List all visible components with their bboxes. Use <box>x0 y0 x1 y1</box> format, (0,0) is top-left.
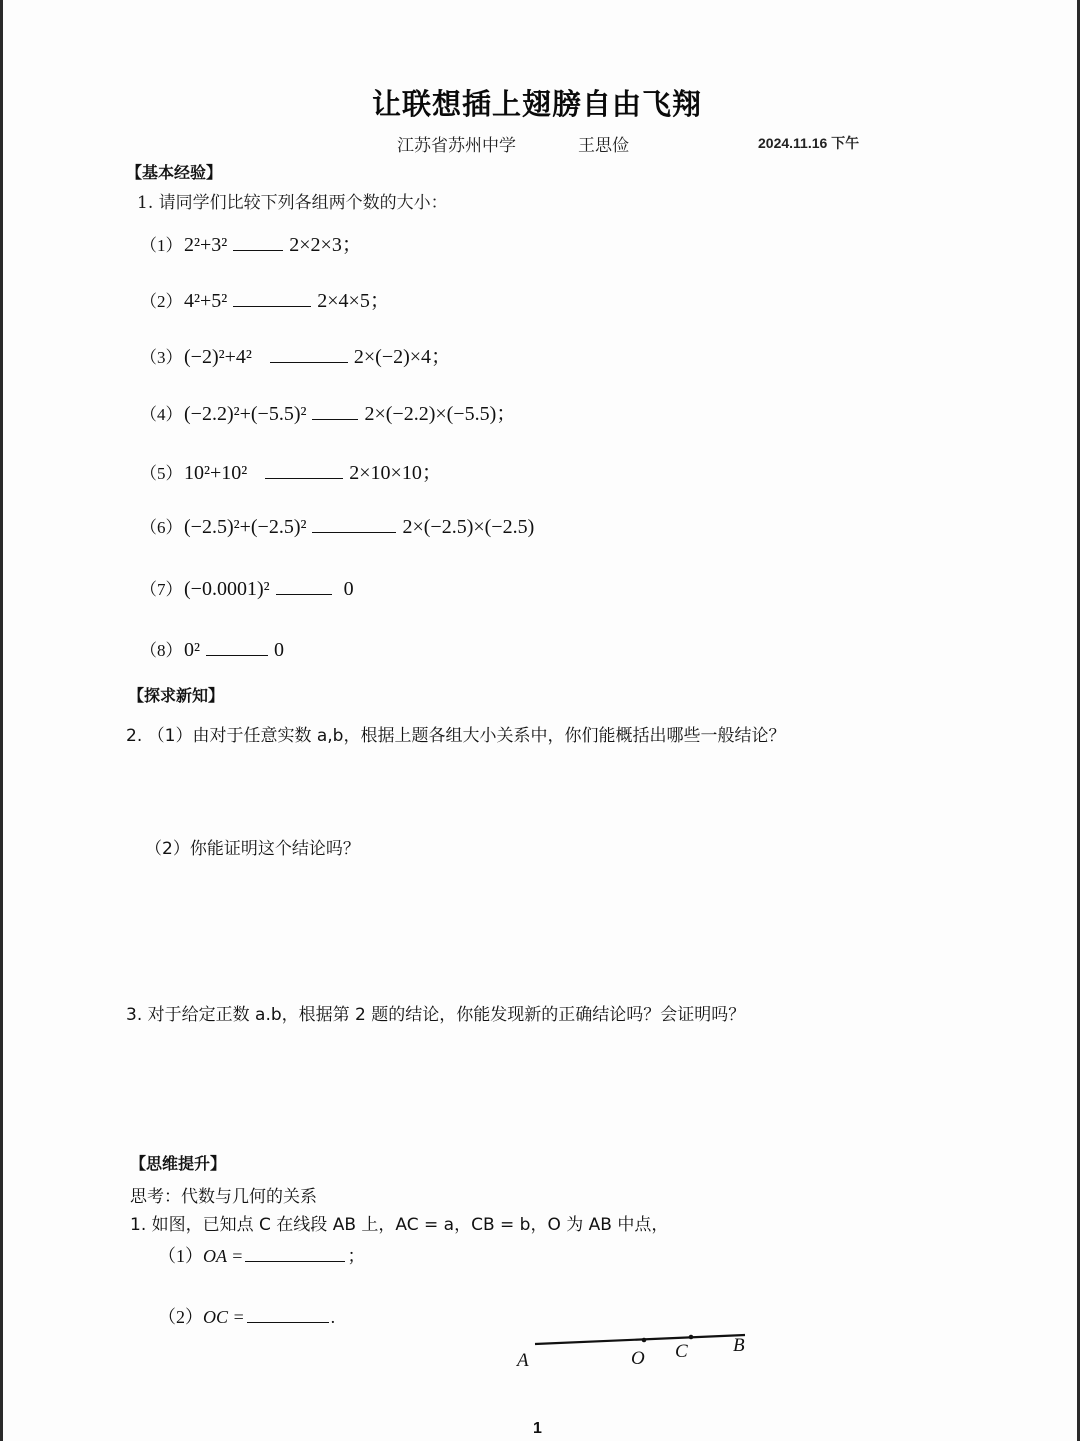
point-o-label: O <box>631 1348 645 1370</box>
section-heading-basic: 【基本经验】 <box>126 160 222 183</box>
segment-ab <box>535 1335 745 1344</box>
item-right: 2×4×5； <box>317 290 390 312</box>
answer-blank[interactable] <box>276 578 332 595</box>
point-o-dot <box>642 1338 647 1343</box>
item-right: 2×(−2.5)×(−2.5) <box>402 516 534 538</box>
item-left: 4²+5² <box>184 290 227 312</box>
item-right: 2×(−2.2)×(−5.5)； <box>364 403 516 425</box>
answer-blank[interactable] <box>233 290 311 307</box>
page-title: 让联想插上翅膀自由飞翔 <box>372 82 702 123</box>
item-index: （2） <box>140 287 184 312</box>
answer-blank[interactable] <box>247 1306 329 1323</box>
item-left: 10²+10² <box>184 462 247 484</box>
compare-item-2: （2）4²+5²2×4×5； <box>140 284 390 313</box>
item-index: （6） <box>140 513 184 538</box>
geometry-sub-1: （1）OA =； <box>158 1242 365 1268</box>
section-heading-thinking: 【思维提升】 <box>130 1151 226 1174</box>
answer-blank[interactable] <box>270 346 348 363</box>
compare-item-1: （1）2²+3²2×2×3； <box>140 228 362 257</box>
sub-index: （1） <box>158 1246 203 1266</box>
item-left: 2²+3² <box>184 234 227 256</box>
compare-item-7: （7）(−0.0001)²0 <box>140 575 354 601</box>
page-number: 1 <box>533 1420 542 1438</box>
section-heading-explore: 【探求新知】 <box>128 683 224 706</box>
sub-end: . <box>331 1307 336 1327</box>
geometry-question-1: 1. 如图，已知点 C 在线段 AB 上，AC = a，CB = b，O 为 A… <box>130 1210 668 1235</box>
sub-end: ； <box>347 1246 365 1266</box>
point-a-label: A <box>517 1350 529 1372</box>
geometry-sub-2: （2）OC =. <box>158 1303 335 1329</box>
item-right: 2×(−2)×4； <box>354 346 451 368</box>
school-name: 江苏省苏州中学 <box>397 131 516 156</box>
answer-blank[interactable] <box>233 234 283 251</box>
item-index: （1） <box>140 231 184 256</box>
item-index: （8） <box>140 636 184 661</box>
question-2-part-2: （2）你能证明这个结论吗？ <box>145 834 360 859</box>
answer-blank[interactable] <box>312 516 396 533</box>
item-left: (−0.0001)² <box>184 578 270 600</box>
item-left: (−2.2)²+(−5.5)² <box>184 403 306 425</box>
think-prompt: 思考：代数与几何的关系 <box>130 1182 317 1207</box>
compare-item-8: （8）0²0 <box>140 636 284 662</box>
question-3: 3. 对于给定正数 a.b，根据第 2 题的结论，你能发现新的正确结论吗？会证明… <box>126 1000 745 1025</box>
answer-blank[interactable] <box>312 403 358 420</box>
question-1-prompt: 1. 请同学们比较下列各组两个数的大小： <box>137 188 448 213</box>
sub-index: （2） <box>158 1307 203 1327</box>
item-right: 2×10×10； <box>349 462 442 484</box>
sub-label: OC = <box>203 1307 245 1327</box>
compare-item-5: （5）10²+10²2×10×10； <box>140 456 442 485</box>
point-c-label: C <box>675 1341 688 1363</box>
compare-item-6: （6）(−2.5)²+(−2.5)²2×(−2.5)×(−2.5) <box>140 513 534 539</box>
item-right: 2×2×3； <box>289 234 362 256</box>
answer-blank[interactable] <box>206 639 268 656</box>
date-label: 2024.11.16 下午 <box>758 133 859 153</box>
item-left: 0² <box>184 639 200 661</box>
item-right: 0 <box>274 639 284 661</box>
item-left: (−2.5)²+(−2.5)² <box>184 516 306 538</box>
item-index: （4） <box>140 400 184 425</box>
item-index: （5） <box>140 459 184 484</box>
question-2-part-1: 2. （1）由对于任意实数 a,b，根据上题各组大小关系中，你们能概括出哪些一般… <box>126 721 785 746</box>
item-left: (−2)²+4² <box>184 346 252 368</box>
compare-item-4: （4）(−2.2)²+(−5.5)²2×(−2.2)×(−5.5)； <box>140 397 516 426</box>
sub-label: OA = <box>203 1246 243 1266</box>
item-right: 0 <box>344 578 354 600</box>
point-c-dot <box>689 1335 694 1340</box>
point-b-label: B <box>733 1335 745 1357</box>
item-index: （7） <box>140 575 184 600</box>
scan-edge-left <box>0 0 3 1441</box>
answer-blank[interactable] <box>245 1245 345 1262</box>
item-index: （3） <box>140 343 184 368</box>
compare-item-3: （3）(−2)²+4²2×(−2)×4； <box>140 340 451 369</box>
answer-blank[interactable] <box>265 462 343 479</box>
author-name: 王思俭 <box>578 131 629 156</box>
